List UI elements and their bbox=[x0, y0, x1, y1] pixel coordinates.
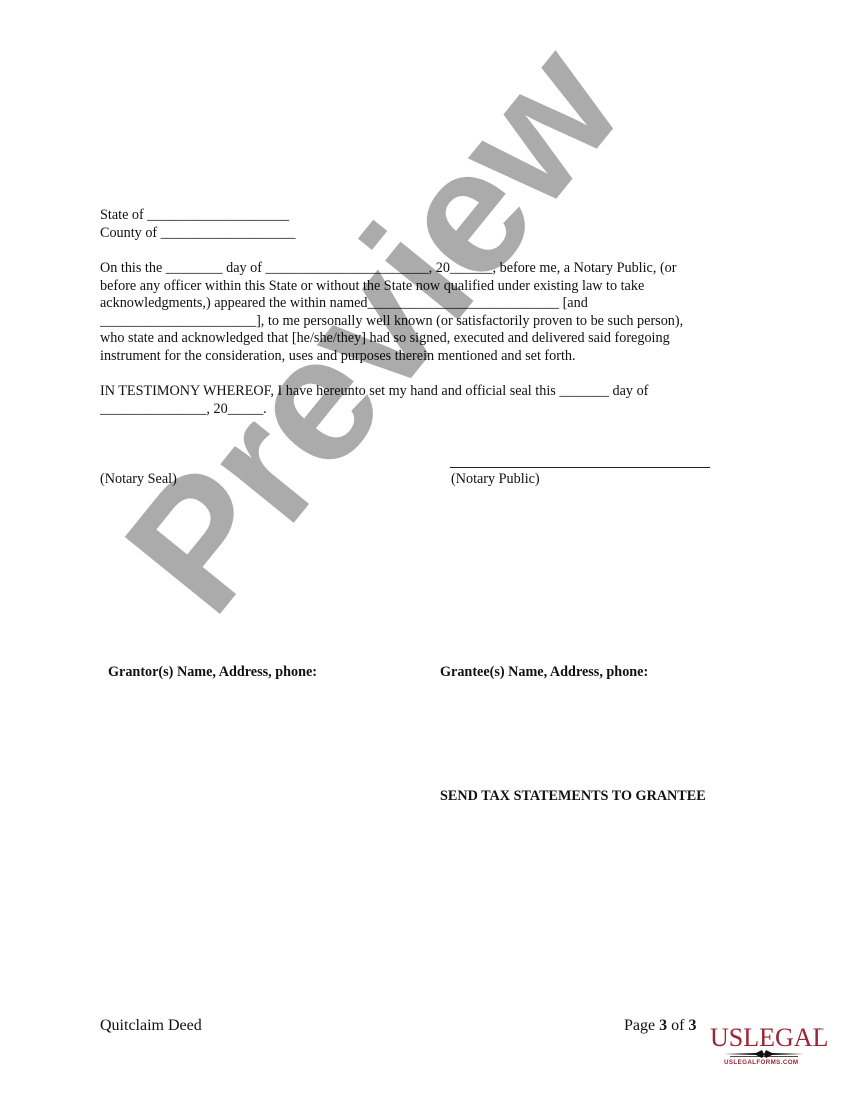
page-of: of bbox=[667, 1017, 688, 1034]
paragraph-line: IN TESTIMONY WHEREOF, I have hereunto se… bbox=[100, 383, 648, 401]
grantee-label: Grantee(s) Name, Address, phone: bbox=[440, 664, 648, 682]
page-current: 3 bbox=[659, 1017, 667, 1034]
notary-public-label: (Notary Public) bbox=[451, 471, 540, 489]
paragraph-line: On this the ________ day of ____________… bbox=[100, 260, 677, 278]
page-prefix: Page bbox=[624, 1017, 659, 1034]
notary-seal-label: (Notary Seal) bbox=[100, 471, 177, 489]
paragraph-line: instrument for the consideration, uses a… bbox=[100, 348, 576, 366]
send-tax-statements-label: SEND TAX STATEMENTS TO GRANTEE bbox=[440, 788, 706, 806]
logo-brand-text: USLEGAL bbox=[710, 1023, 828, 1053]
grantor-label: Grantor(s) Name, Address, phone: bbox=[108, 664, 317, 682]
paragraph-line: who state and acknowledged that [he/she/… bbox=[100, 330, 670, 348]
eagle-icon bbox=[724, 1050, 804, 1059]
paragraph-line: _______________, 20_____. bbox=[100, 401, 267, 419]
logo-trademark: ™ bbox=[818, 1028, 824, 1034]
uslegal-logo: USLEGAL ™ USLEGALFORMS.COM bbox=[708, 1026, 824, 1070]
footer-document-title: Quitclaim Deed bbox=[100, 1017, 202, 1035]
paragraph-line: ______________________], to me personall… bbox=[100, 313, 683, 331]
footer-page-number: Page 3 of 3 bbox=[624, 1017, 696, 1035]
notary-signature-line bbox=[450, 467, 710, 468]
state-line: State of ____________________ bbox=[100, 207, 289, 225]
logo-url: USLEGALFORMS.COM bbox=[724, 1059, 798, 1066]
page-total: 3 bbox=[688, 1017, 696, 1034]
county-line: County of ___________________ bbox=[100, 225, 295, 243]
paragraph-line: acknowledgments,) appeared the within na… bbox=[100, 295, 588, 313]
paragraph-line: before any officer within this State or … bbox=[100, 278, 644, 296]
